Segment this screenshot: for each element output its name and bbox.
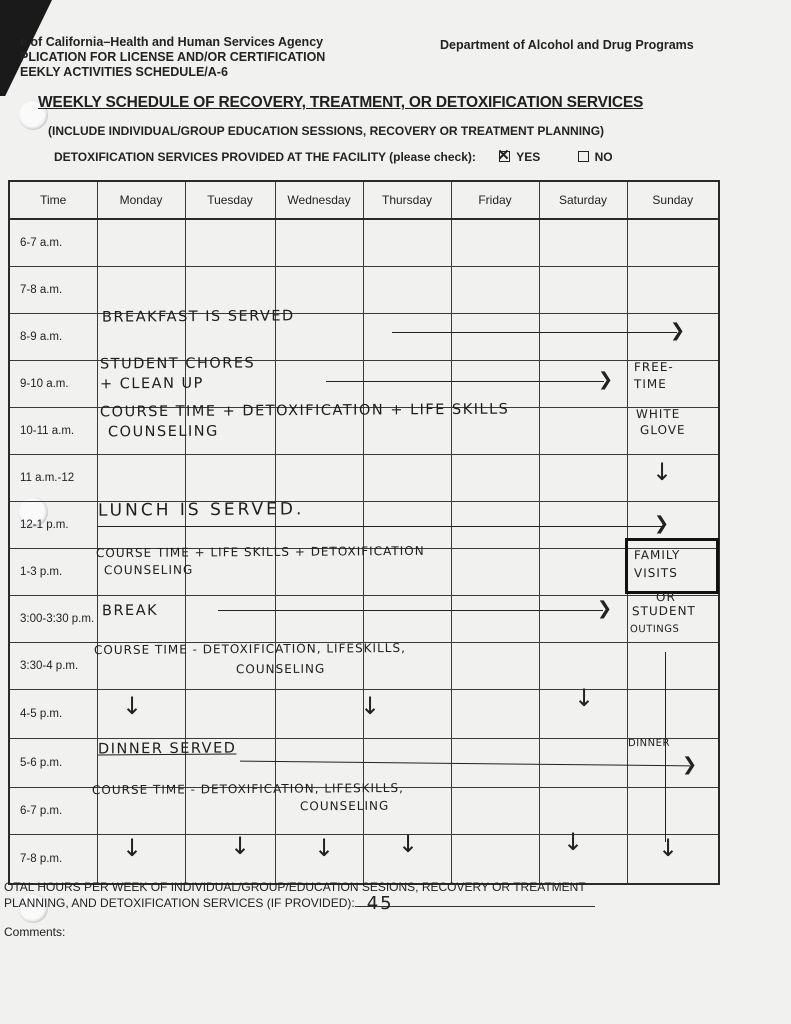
time-slot-label: 1-3 p.m. [9, 549, 97, 596]
schedule-cell-saturday[interactable] [539, 502, 627, 549]
schedule-cell-monday[interactable] [97, 455, 185, 502]
schedule-cell-sunday[interactable] [627, 455, 719, 502]
table-row: 11 a.m.-12 [9, 455, 719, 502]
entry-free-time-line2: TIME [634, 377, 667, 391]
detox-question: DETOXIFICATION SERVICES PROVIDED AT THE … [54, 150, 476, 164]
comments-label: Comments: [4, 925, 65, 939]
right-arrow-icon: ❯ [682, 756, 697, 774]
entry-break: BREAK [102, 603, 158, 619]
entry-course-am-line2: COUNSELING [108, 424, 219, 441]
checkbox-empty-icon[interactable] [578, 151, 589, 162]
schedule-cell-wednesday[interactable] [275, 596, 363, 643]
time-slot-label: 12-1 p.m. [9, 502, 97, 549]
schedule-cell-saturday[interactable] [539, 361, 627, 408]
schedule-cell-tuesday[interactable] [185, 690, 275, 739]
schedule-cell-monday[interactable] [97, 267, 185, 314]
form-subtitle: (INCLUDE INDIVIDUAL/GROUP EDUCATION SESS… [48, 124, 604, 138]
schedule-cell-saturday[interactable] [539, 643, 627, 690]
right-arrow-icon: ❯ [598, 371, 613, 389]
down-arrow-icon: ↓ [652, 460, 672, 484]
down-arrow-icon: ↓ [563, 830, 583, 854]
entry-family-line5: OUTINGS [630, 624, 679, 635]
total-hours-label-line1: OTAL HOURS PER WEEK OF INDIVIDUAL/GROUP/… [4, 879, 595, 895]
schedule-cell-wednesday[interactable] [275, 690, 363, 739]
down-arrow-icon: ↓ [122, 836, 142, 860]
schedule-cell-thursday[interactable] [363, 361, 451, 408]
total-hours-label-line2: PLANNING, AND DETOXIFICATION SERVICES (I… [4, 895, 595, 911]
schedule-cell-thursday[interactable] [363, 596, 451, 643]
time-slot-label: 6-7 a.m. [9, 219, 97, 267]
schedule-cell-friday[interactable] [451, 361, 539, 408]
total-hours-field[interactable]: 45 [355, 906, 595, 907]
time-slot-label: 5-6 p.m. [9, 739, 97, 788]
time-slot-label: 6-7 p.m. [9, 788, 97, 835]
entry-chores-line1: STUDENT CHORES [100, 355, 255, 372]
schedule-cell-friday[interactable] [451, 267, 539, 314]
schedule-cell-saturday[interactable] [539, 788, 627, 835]
schedule-cell-wednesday[interactable] [275, 455, 363, 502]
agency-header: e of California–Health and Human Service… [20, 35, 325, 80]
column-header-monday: Monday [97, 181, 185, 219]
total-hours-section: OTAL HOURS PER WEEK OF INDIVIDUAL/GROUP/… [4, 879, 595, 911]
total-hours-value: 45 [367, 896, 394, 912]
schedule-cell-friday[interactable] [451, 788, 539, 835]
checkbox-checked-icon[interactable] [499, 151, 510, 162]
schedule-cell-wednesday[interactable] [275, 267, 363, 314]
entry-dinner: DINNER SERVED [98, 741, 236, 758]
schedule-cell-saturday[interactable] [539, 219, 627, 267]
detox-question-row: DETOXIFICATION SERVICES PROVIDED AT THE … [54, 150, 613, 164]
entry-family-line3: OR [656, 590, 676, 604]
time-slot-label: 9-10 a.m. [9, 361, 97, 408]
arrow-line [98, 526, 663, 527]
schedule-cell-sunday[interactable] [627, 219, 719, 267]
time-slot-label: 7-8 p.m. [9, 835, 97, 885]
table-row: 6-7 a.m. [9, 219, 719, 267]
schedule-cell-tuesday[interactable] [185, 455, 275, 502]
schedule-cell-saturday[interactable] [539, 455, 627, 502]
entry-course-pm2-line2: COUNSELING [236, 662, 325, 677]
schedule-cell-friday[interactable] [451, 219, 539, 267]
detox-no-option[interactable]: NO [578, 150, 613, 164]
schedule-cell-friday[interactable] [451, 502, 539, 549]
entry-course-pm3-line1: COURSE TIME - DETOXIFICATION, LIFESKILLS… [92, 781, 404, 797]
weekly-schedule-table: Time Monday Tuesday Wednesday Thursday F… [8, 180, 720, 885]
schedule-cell-saturday[interactable] [539, 267, 627, 314]
down-arrow-icon: ↓ [122, 694, 142, 718]
schedule-cell-sunday[interactable] [627, 643, 719, 690]
entry-family-line1: FAMILY [634, 548, 680, 562]
entry-course-pm1-line2: COUNSELING [104, 563, 193, 578]
schedule-cell-monday[interactable] [97, 219, 185, 267]
table-header-row: Time Monday Tuesday Wednesday Thursday F… [9, 181, 719, 219]
schedule-cell-sunday[interactable] [627, 690, 719, 739]
schedule-cell-friday[interactable] [451, 690, 539, 739]
entry-family-line2: VISITS [634, 566, 678, 580]
column-header-thursday: Thursday [363, 181, 451, 219]
down-arrow-icon: ↓ [574, 686, 594, 710]
column-header-tuesday: Tuesday [185, 181, 275, 219]
schedule-cell-sunday[interactable] [627, 267, 719, 314]
time-slot-label: 7-8 a.m. [9, 267, 97, 314]
schedule-cell-wednesday[interactable] [275, 219, 363, 267]
schedule-cell-tuesday[interactable] [185, 267, 275, 314]
time-slot-label: 3:30-4 p.m. [9, 643, 97, 690]
entry-dinner-sunday: DINNER [628, 738, 670, 749]
entry-course-am-line1: COURSE TIME + DETOXIFICATION + LIFE SKIL… [100, 402, 509, 421]
entry-white-glove-line2: GLOVE [640, 423, 686, 437]
time-slot-label: 8-9 a.m. [9, 314, 97, 361]
schedule-cell-thursday[interactable] [363, 219, 451, 267]
schedule-cell-wednesday[interactable] [275, 361, 363, 408]
arrow-line [392, 332, 677, 333]
entry-family-line4: STUDENT [632, 604, 696, 618]
column-header-sunday: Sunday [627, 181, 719, 219]
schedule-cell-friday[interactable] [451, 455, 539, 502]
down-arrow-icon: ↓ [398, 832, 418, 856]
table-row: 7-8 a.m. [9, 267, 719, 314]
schedule-cell-thursday[interactable] [363, 267, 451, 314]
schedule-cell-saturday[interactable] [539, 549, 627, 596]
detox-yes-option[interactable]: YES [499, 150, 540, 164]
schedule-cell-thursday[interactable] [363, 455, 451, 502]
agency-line: e of California–Health and Human Service… [20, 35, 325, 50]
entry-chores-line2: + CLEAN UP [100, 376, 204, 393]
down-arrow-icon: ↓ [360, 694, 380, 718]
schedule-cell-tuesday[interactable] [185, 596, 275, 643]
time-slot-label: 10-11 a.m. [9, 408, 97, 455]
column-header-friday: Friday [451, 181, 539, 219]
entry-lunch: LUNCH IS SERVED. [98, 499, 304, 520]
schedule-cell-friday[interactable] [451, 314, 539, 361]
agency-line: EEKLY ACTIVITIES SCHEDULE/A-6 [20, 65, 325, 80]
right-arrow-icon: ❯ [597, 600, 612, 618]
column-header-saturday: Saturday [539, 181, 627, 219]
entry-course-pm1-line1: COURSE TIME + LIFE SKILLS + DETOXIFICATI… [96, 544, 425, 560]
schedule-cell-friday[interactable] [451, 549, 539, 596]
down-arrow-icon: ↓ [314, 836, 334, 860]
schedule-cell-friday[interactable] [451, 835, 539, 885]
schedule-cell-sunday[interactable] [627, 788, 719, 835]
entry-breakfast: BREAKFAST IS SERVED [102, 308, 295, 325]
entry-course-pm2-line1: COURSE TIME - DETOXIFICATION, LIFESKILLS… [94, 641, 406, 657]
entry-course-pm3-line2: COUNSELING [300, 799, 389, 814]
time-slot-label: 11 a.m.-12 [9, 455, 97, 502]
schedule-cell-friday[interactable] [451, 643, 539, 690]
down-arrow-icon: ↓ [658, 836, 678, 860]
schedule-cell-thursday[interactable] [363, 502, 451, 549]
time-slot-label: 4-5 p.m. [9, 690, 97, 739]
schedule-cell-saturday[interactable] [539, 408, 627, 455]
arrow-line [326, 381, 604, 382]
table-row: 7-8 p.m. [9, 835, 719, 885]
time-slot-label: 3:00-3:30 p.m. [9, 596, 97, 643]
entry-free-time-line1: FREE- [634, 360, 674, 374]
right-arrow-icon: ❯ [670, 322, 685, 340]
form-title: WEEKLY SCHEDULE OF RECOVERY, TREATMENT, … [38, 94, 643, 112]
schedule-cell-saturday[interactable] [539, 314, 627, 361]
arrow-line [218, 610, 603, 611]
down-arrow-icon: ↓ [230, 834, 250, 858]
schedule-cell-friday[interactable] [451, 596, 539, 643]
column-header-time: Time [9, 181, 97, 219]
department-name: Department of Alcohol and Drug Programs [440, 38, 694, 52]
schedule-cell-tuesday[interactable] [185, 219, 275, 267]
schedule-cell-saturday[interactable] [539, 596, 627, 643]
agency-line: PLICATION FOR LICENSE AND/OR CERTIFICATI… [20, 50, 325, 65]
schedule-cell-thursday[interactable] [363, 314, 451, 361]
right-arrow-icon: ❯ [654, 515, 669, 533]
column-header-wednesday: Wednesday [275, 181, 363, 219]
entry-white-glove-line1: WHITE [636, 407, 680, 421]
